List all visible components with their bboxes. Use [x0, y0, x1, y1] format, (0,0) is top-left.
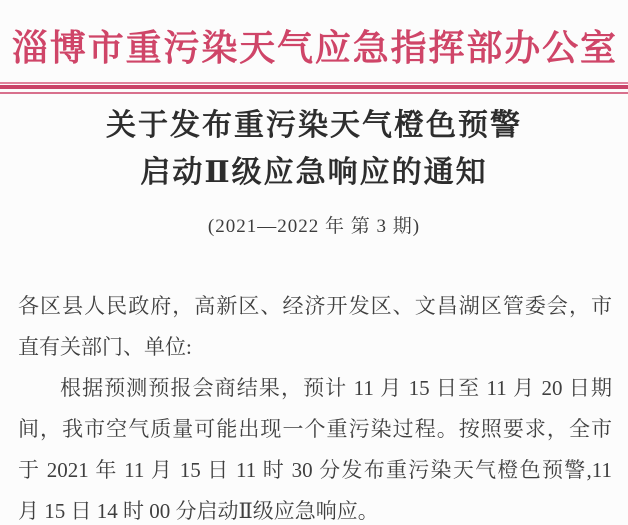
- paragraph-line-3: 于 2021 年 11 月 15 日 11 时 30 分发布重污染天气橙色预警,…: [18, 450, 612, 491]
- paragraph-line-1: 根据预测预报会商结果，预计 11 月 15 日至 11 月 20 日期: [18, 368, 612, 409]
- divider-thick-line: [0, 85, 628, 89]
- salutation-line-2: 直有关部门、单位:: [18, 327, 612, 368]
- paragraph-line-2: 间，我市空气质量可能出现一个重污染过程。按照要求，全市: [18, 409, 612, 450]
- issue-number: (2021—2022 年 第 3 期): [0, 214, 628, 240]
- document-body: 各区县人民政府，高新区、经济开发区、文昌湖区管委会，市 直有关部门、单位: 根据…: [0, 286, 628, 525]
- document-title-line-2: 启动Ⅱ级应急响应的通知: [0, 149, 628, 196]
- divider-thin-line-bottom: [0, 92, 628, 94]
- letterhead: 淄博市重污染天气应急指挥部办公室: [0, 20, 628, 94]
- letterhead-divider: [0, 82, 628, 94]
- document-title: 关于发布重污染天气橙色预警 启动Ⅱ级应急响应的通知: [0, 102, 628, 196]
- document-title-line-1: 关于发布重污染天气橙色预警: [0, 102, 628, 149]
- paragraph-line-4: 月 15 日 14 时 00 分启动Ⅱ级应急响应。: [18, 491, 612, 525]
- document-page: 淄博市重污染天气应急指挥部办公室 关于发布重污染天气橙色预警 启动Ⅱ级应急响应的…: [0, 0, 628, 525]
- divider-thin-line-top: [0, 82, 628, 84]
- salutation-line-1: 各区县人民政府，高新区、经济开发区、文昌湖区管委会，市: [18, 286, 612, 327]
- issuing-authority-title: 淄博市重污染天气应急指挥部办公室: [0, 20, 628, 76]
